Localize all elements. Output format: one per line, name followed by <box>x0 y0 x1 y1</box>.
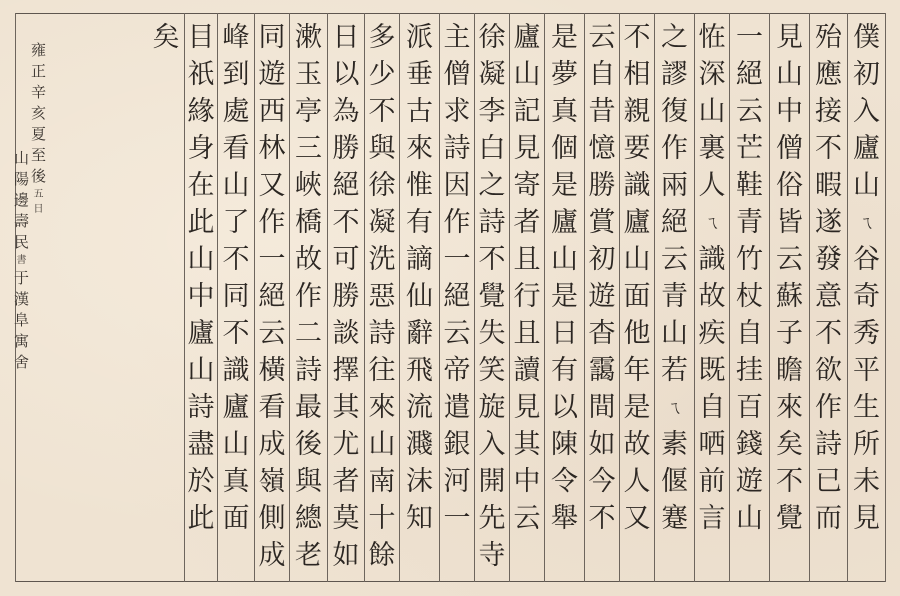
text-column: 目祇緣身在此山中廬山詩盡於此 <box>185 13 218 582</box>
column-text: 僕初入廬山ㄟ谷奇秀平生所未見 <box>848 19 885 537</box>
text-column: 峰到處看山了不同不識廬山真面 <box>218 13 255 582</box>
text-column: 多少不與徐凝洗惡詩往來山南十餘 <box>365 13 400 582</box>
text-column: 殆應接不暇遂發意不欲作詩已而 <box>810 13 848 582</box>
empty-column <box>110 13 148 582</box>
column-text: 殆應接不暇遂發意不欲作詩已而 <box>810 19 847 537</box>
column-text: 目祇緣身在此山中廬山詩盡於此 <box>185 19 217 537</box>
column-text: 派垂古來惟有謫仙辭飛流濺沫知 <box>400 19 439 537</box>
text-column: 徐凝李白之詩不覺失笑旋入開先寺 <box>475 13 510 582</box>
column-text: 之謬復作兩絕云青山若ㄟ素偃蹇 <box>655 19 694 537</box>
column-text: 見山中僧俗皆云蘇子瞻來矣不覺 <box>770 19 809 537</box>
column-text: 是夢真個是廬山是日有以陳令舉 <box>545 19 584 537</box>
text-column: 漱玉亭三峽橋故作二詩最後與總老 <box>290 13 328 582</box>
column-text: 峰到處看山了不同不識廬山真面 <box>218 19 254 537</box>
column-text: 漱玉亭三峽橋故作二詩最後與總老 <box>290 19 327 574</box>
colophon-date-line: 雍正辛亥夏至後五日 <box>31 40 46 373</box>
text-column: 恠深山裏人ㄟ識故疾既自哂前言 <box>695 13 730 582</box>
column-text: 不相親要識廬山面他年是故人又 <box>620 19 654 537</box>
column-text: 主僧求詩因作一絕云帝遣銀河一 <box>440 19 474 537</box>
empty-column <box>45 13 75 582</box>
colophon: 雍正辛亥夏至後五日 山陽邊壽民書于漢阜寓舍 <box>16 40 46 373</box>
column-text: 云自昔憶勝賞初遊杳靄間如今不 <box>585 19 619 537</box>
column-text: 同遊西林又作一絕云橫看成嶺側成 <box>255 19 289 574</box>
text-column: 廬山記見寄者且行且讀見其中云 <box>510 13 545 582</box>
text-column: 見山中僧俗皆云蘇子瞻來矣不覺 <box>770 13 810 582</box>
column-text: 恠深山裏人ㄟ識故疾既自哂前言 <box>695 19 729 537</box>
text-column: 僕初入廬山ㄟ谷奇秀平生所未見 <box>848 13 886 582</box>
column-text: 多少不與徐凝洗惡詩往來山南十餘 <box>365 19 399 574</box>
column-text: 日以為勝絕不可勝談擇其尤者莫如 <box>328 19 364 574</box>
column-text: 一絕云芒鞋青竹杖自挂百錢遊山 <box>730 19 769 537</box>
text-column: 不相親要識廬山面他年是故人又 <box>620 13 655 582</box>
text-column: 一絕云芒鞋青竹杖自挂百錢遊山 <box>730 13 770 582</box>
text-column: 之謬復作兩絕云青山若ㄟ素偃蹇 <box>655 13 695 582</box>
colophon-signature-line: 山陽邊壽民書于漢阜寓舍 <box>14 148 29 373</box>
text-column: 同遊西林又作一絕云橫看成嶺側成 <box>255 13 290 582</box>
column-text: 徐凝李白之詩不覺失笑旋入開先寺 <box>475 19 509 574</box>
empty-column <box>75 13 110 582</box>
text-column: 是夢真個是廬山是日有以陳令舉 <box>545 13 585 582</box>
text-column: 派垂古來惟有謫仙辭飛流濺沫知 <box>400 13 440 582</box>
text-column: 日以為勝絕不可勝談擇其尤者莫如 <box>328 13 365 582</box>
text-column: 矣 <box>148 13 185 582</box>
column-text: 矣 <box>148 19 184 56</box>
text-column: 云自昔憶勝賞初遊杳靄間如今不 <box>585 13 620 582</box>
column-text: 廬山記見寄者且行且讀見其中云 <box>510 19 544 537</box>
text-column: 主僧求詩因作一絕云帝遣銀河一 <box>440 13 475 582</box>
